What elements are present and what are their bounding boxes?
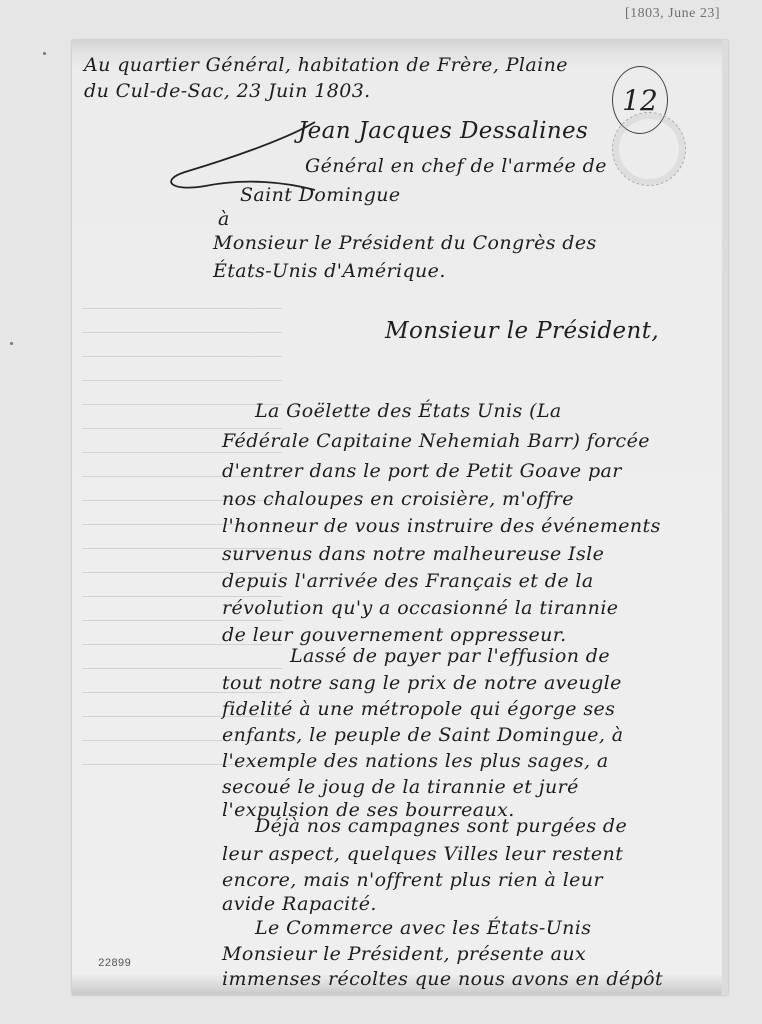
body-line: encore, mais n'offrent plus rien à leur bbox=[222, 869, 603, 891]
body-line: l'exemple des nations les plus sages, a bbox=[222, 750, 609, 772]
salutation: Monsieur le Président, bbox=[385, 318, 659, 344]
body-line: survenus dans notre malheureuse Isle bbox=[222, 543, 604, 565]
recipient-line-1: Monsieur le Président du Congrès des bbox=[213, 232, 597, 254]
body-line: Lassé de payer par l'effusion de bbox=[290, 645, 610, 667]
sender-title-2: Saint Domingue bbox=[240, 184, 401, 206]
body-line: de leur gouvernement oppresseur. bbox=[222, 624, 567, 646]
body-line: nos chaloupes en croisière, m'offre bbox=[222, 488, 574, 510]
body-line: révolution qu'y a occasionné la tirannie bbox=[222, 597, 618, 619]
body-line: La Goëlette des États Unis (La bbox=[255, 400, 562, 422]
body-line: enfants, le peuple de Saint Domingue, à bbox=[222, 724, 624, 746]
to-word: à bbox=[218, 208, 230, 230]
body-line: d'entrer dans le port de Petit Goave par bbox=[222, 460, 622, 482]
body-line: avide Rapacité. bbox=[222, 893, 377, 915]
place-line-2: du Cul-de-Sac, 23 Juin 1803. bbox=[84, 80, 371, 102]
body-line: fidelité à une métropole qui égorge ses bbox=[222, 698, 615, 720]
place-line-1: Au quartier Général, habitation de Frère… bbox=[84, 54, 568, 76]
body-line: Le Commerce avec les États-Unis bbox=[255, 917, 591, 939]
archive-note: [1803, June 23] bbox=[625, 6, 720, 22]
body-line: secoué le joug de la tirannie et juré bbox=[222, 776, 579, 798]
recipient-line-2: États-Unis d'Amérique. bbox=[213, 260, 446, 282]
body-line: Déjà nos campagnes sont purgées de bbox=[255, 815, 627, 837]
library-stamp bbox=[612, 112, 686, 186]
scan-speck bbox=[10, 342, 13, 345]
body-line: tout notre sang le prix de notre aveugle bbox=[222, 672, 622, 694]
scan-speck bbox=[43, 52, 46, 55]
body-line: Monsieur le Président, présente aux bbox=[222, 943, 586, 965]
sender-name: Jean Jacques Dessalines bbox=[298, 118, 588, 144]
catalog-number: 22899 bbox=[98, 958, 131, 970]
sender-title-1: Général en chef de l'armée de bbox=[305, 155, 607, 177]
body-line: l'honneur de vous instruire des événemen… bbox=[222, 515, 661, 537]
body-line: depuis l'arrivée des Français et de la bbox=[222, 570, 594, 592]
body-line: Fédérale Capitaine Nehemiah Barr) forcée bbox=[222, 430, 650, 452]
body-line: leur aspect, quelques Villes leur resten… bbox=[222, 843, 623, 865]
body-line: immenses récoltes que nous avons en dépô… bbox=[222, 968, 663, 990]
